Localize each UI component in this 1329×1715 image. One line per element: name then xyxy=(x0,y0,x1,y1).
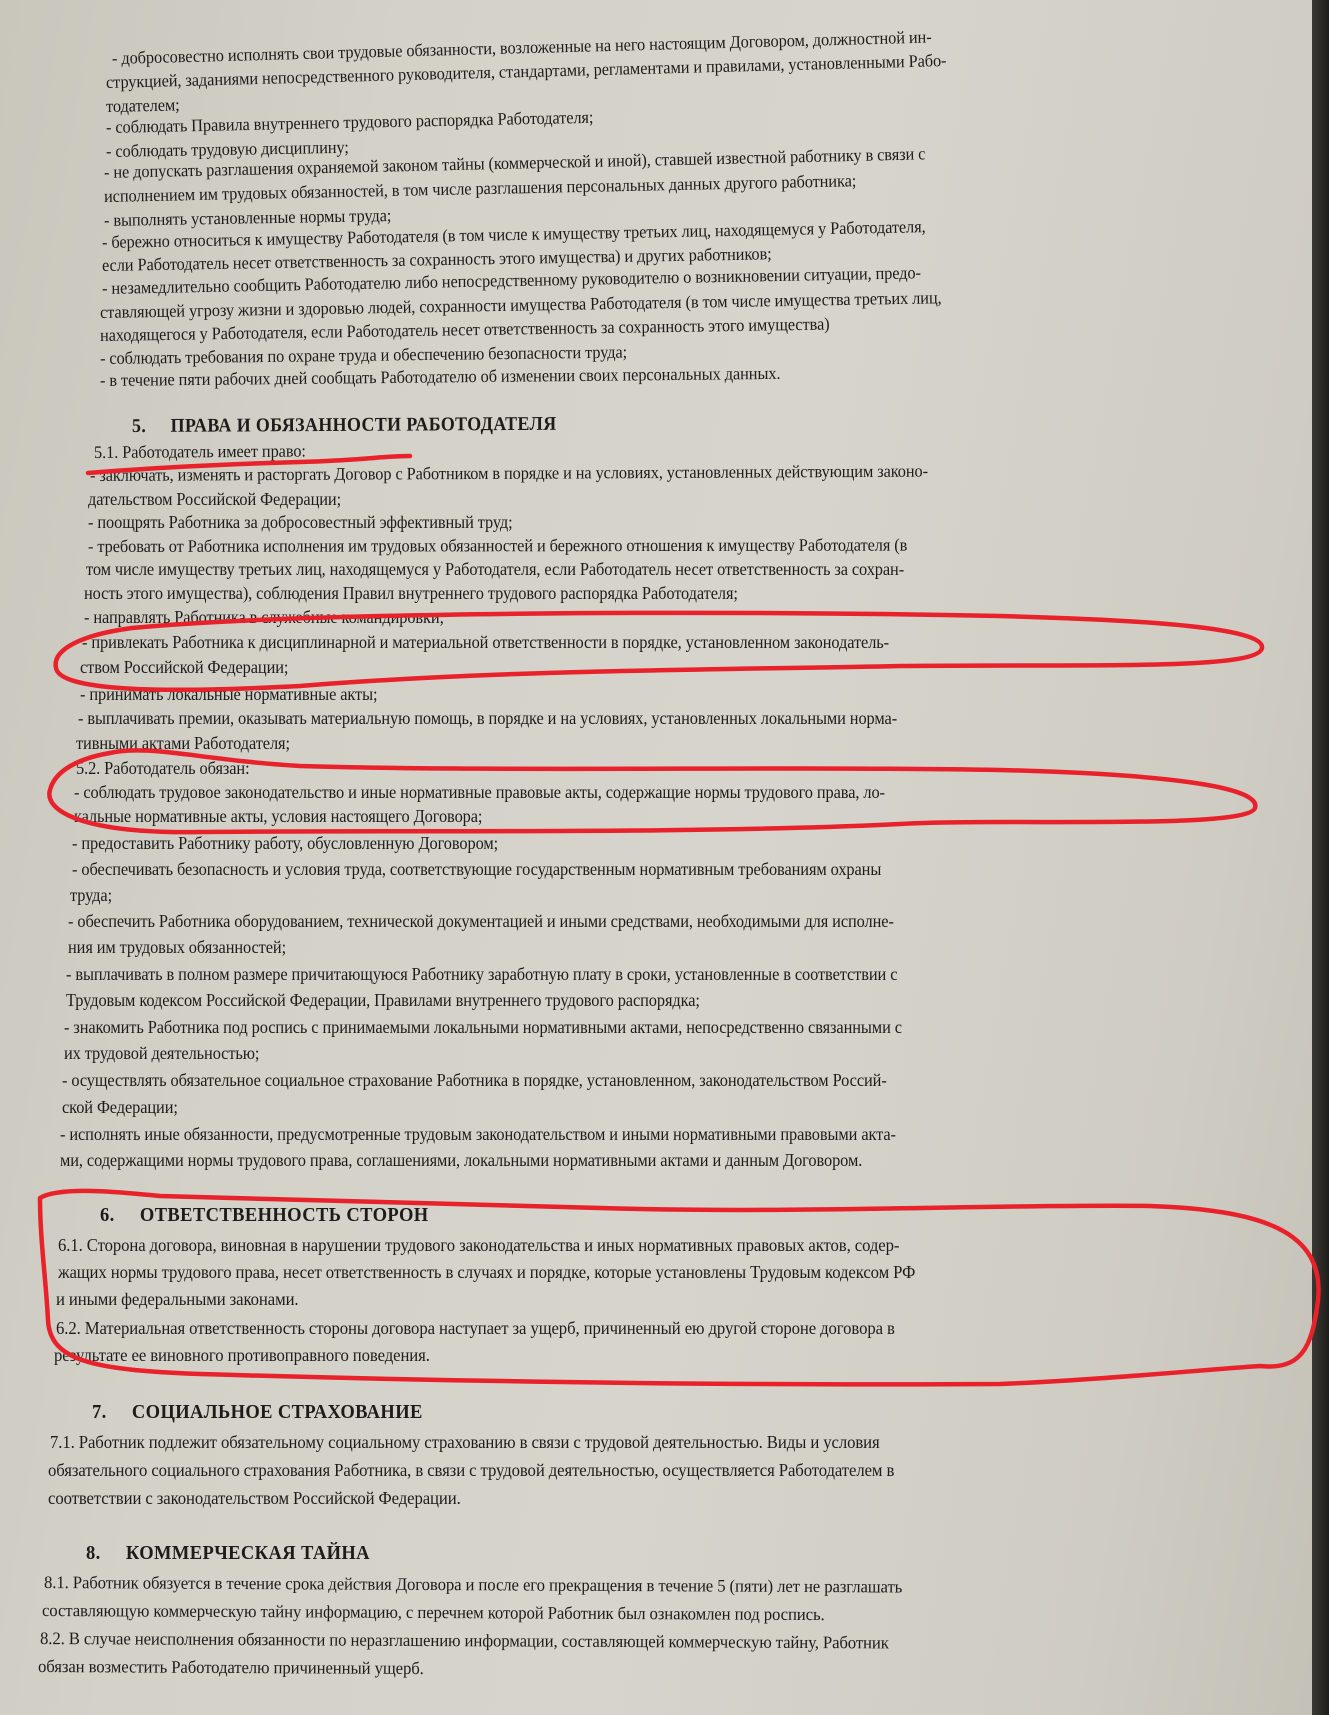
section-title: КОММЕРЧЕСКАЯ ТАЙНА xyxy=(126,1543,370,1564)
text-line: ством Российской Федерации; xyxy=(80,657,288,678)
contract-page: - добросовестно исполнять свои трудовые … xyxy=(0,0,1329,1715)
text-line: дательством Российской Федерации; xyxy=(88,489,341,510)
section-heading-8: 8.КОММЕРЧЕСКАЯ ТАЙНА xyxy=(86,1543,370,1565)
text-line: - поощрять Работника за добросовестный э… xyxy=(88,512,513,533)
section-heading-6: 6.ОТВЕТСТВЕННОСТЬ СТОРОН xyxy=(100,1205,429,1227)
section-number: 5. xyxy=(132,416,171,438)
text-line: труда; xyxy=(70,885,112,906)
text-line: - заключать, изменять и расторгать Догов… xyxy=(90,461,928,486)
text-line: - требовать от Работника исполнения им т… xyxy=(88,535,907,557)
text-line: результате ее виновного противоправного … xyxy=(54,1345,430,1366)
text-line: - обеспечить Работника оборудованием, те… xyxy=(68,911,894,932)
text-line: - принимать локальные нормативные акты; xyxy=(80,684,377,705)
text-line: ность этого имущества), соблюдения Прави… xyxy=(84,583,738,604)
text-line: - привлекать Работника к дисциплинарной … xyxy=(82,632,889,653)
text-line: тодателем; xyxy=(106,94,180,117)
text-line: - предоставить Работнику работу, обуслов… xyxy=(72,833,498,854)
text-line: соответствии с законодательством Российс… xyxy=(48,1488,461,1509)
text-line: тивными актами Работодателя; xyxy=(76,733,290,754)
text-line: - направлять Работника в служебные коман… xyxy=(84,607,444,628)
section-number: 6. xyxy=(100,1205,140,1227)
text-line: 5.2. Работодатель обязан: xyxy=(76,758,250,779)
text-line: 6.1. Сторона договора, виновная в наруше… xyxy=(58,1235,899,1256)
text-line: обязан возместить Работодателю причиненн… xyxy=(38,1656,424,1679)
text-line: - выплачивать в полном размере причитающ… xyxy=(66,964,897,985)
text-line: жащих нормы трудового права, несет ответ… xyxy=(58,1262,915,1283)
text-line: 8.2. В случае неисполнения обязанности п… xyxy=(40,1628,889,1653)
text-line: их трудовой деятельностью; xyxy=(64,1043,259,1064)
text-line: 6.2. Материальная ответственность сторон… xyxy=(56,1318,895,1339)
text-line: - выплачивать премии, оказывать материал… xyxy=(78,708,897,729)
section-title: ОТВЕТСТВЕННОСТЬ СТОРОН xyxy=(140,1205,429,1226)
section-number: 8. xyxy=(86,1543,126,1565)
text-line: - соблюдать трудовое законодательство и … xyxy=(74,782,885,803)
text-line: составляющую коммерческую тайну информац… xyxy=(42,1600,825,1625)
text-line: 7.1. Работник подлежит обязательному соц… xyxy=(50,1432,880,1453)
text-line: - исполнять иные обязанности, предусмотр… xyxy=(60,1124,896,1145)
section-title: ПРАВА И ОБЯЗАННОСТИ РАБОТОДАТЕЛЯ xyxy=(171,414,557,437)
section-heading-7: 7.СОЦИАЛЬНОЕ СТРАХОВАНИЕ xyxy=(92,1402,423,1424)
section-heading-5: 5.ПРАВА И ОБЯЗАННОСТИ РАБОТОДАТЕЛЯ xyxy=(132,414,557,438)
text-line: Трудовым кодексом Российской Федерации, … xyxy=(66,990,700,1011)
section-number: 7. xyxy=(92,1402,132,1424)
text-line: - знакомить Работника под роспись с прин… xyxy=(64,1017,902,1038)
text-line: кальные нормативные акты, условия настоя… xyxy=(74,806,482,827)
text-line: - осуществлять обязательное социальное с… xyxy=(62,1070,887,1091)
text-line: обязательного социального страхования Ра… xyxy=(48,1460,894,1481)
text-line: ми, содержащими нормы трудового права, с… xyxy=(60,1150,862,1171)
section-title: СОЦИАЛЬНОЕ СТРАХОВАНИЕ xyxy=(132,1402,423,1423)
text-line: 5.1. Работодатель имеет право: xyxy=(94,441,306,463)
text-line: ской Федерации; xyxy=(62,1097,178,1118)
text-line: 8.1. Работник обязуется в течение срока … xyxy=(44,1572,902,1597)
text-line: и иными федеральными законами. xyxy=(56,1289,299,1310)
text-line: - обеспечивать безопасность и условия тр… xyxy=(72,859,881,880)
text-line: ния им трудовых обязанностей; xyxy=(68,937,286,958)
text-line: том числе имуществу третьих лиц, находящ… xyxy=(86,559,904,580)
